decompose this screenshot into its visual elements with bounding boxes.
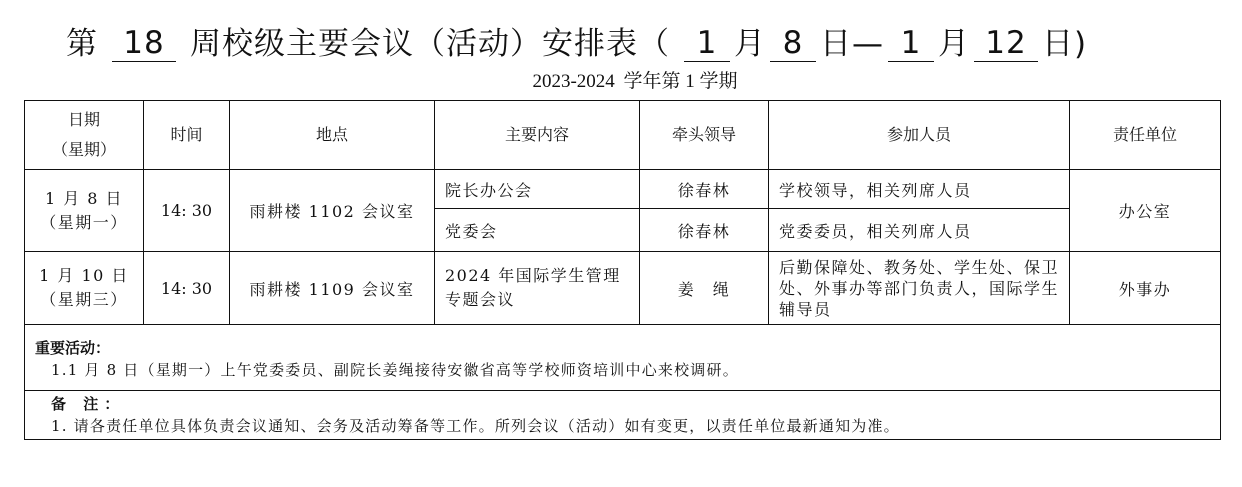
leader-cell: 徐春林 (640, 209, 769, 252)
week-number: 18 (112, 25, 176, 62)
content-cell: 2024 年国际学生管理专题会议 (435, 252, 640, 325)
semester-subtitle: 2023-2024 学年第 1 学期 (0, 66, 1242, 93)
academic-year: 2023-2024 (532, 71, 614, 92)
notes-heading: 备 注： (35, 393, 1210, 415)
start-day: 8 (770, 25, 816, 62)
location-cell: 雨耕楼 1109 会议室 (230, 252, 435, 325)
time-cell: 14: 30 (144, 170, 230, 252)
header-unit: 责任单位 (1070, 101, 1221, 170)
unit-cell: 外事办 (1070, 252, 1221, 325)
title-prefix: 第 (66, 26, 98, 62)
content-cell: 院长办公会 (435, 170, 640, 209)
schedule-table: 日期 （星期） 时间 地点 主要内容 牵头领导 参加人员 责任单位 1 月 8 … (24, 100, 1221, 440)
header-weekday-label: （星期） (25, 135, 143, 165)
leader-cell: 姜 绳 (640, 252, 769, 325)
location-cell: 雨耕楼 1102 会议室 (230, 170, 435, 252)
time-cell: 14: 30 (144, 252, 230, 325)
start-month: 1 (684, 25, 730, 62)
header-content: 主要内容 (435, 101, 640, 170)
weekday-text: （星期一） (25, 211, 143, 235)
date-cell: 1 月 10 日 （星期三） (25, 252, 144, 325)
month-label: 月 (734, 26, 766, 62)
weekday-text: （星期三） (25, 288, 143, 312)
date-cell: 1 月 8 日 （星期一） (25, 170, 144, 252)
participants-cell: 后勤保障处、教务处、学生处、保卫处、外事办等部门负责人，国际学生辅导员 (769, 252, 1070, 325)
important-item: 1.1 月 8 日（星期一）上午党委委员、副院长姜绳接待安徽省高等学校师资培训中… (35, 359, 1210, 381)
page-title: 第 18 周校级主要会议（活动）安排表（ 1 月 8 日— 1 月 12 日) (66, 14, 1087, 62)
header-time: 时间 (144, 101, 230, 170)
end-month: 1 (888, 25, 934, 62)
table-row: 1 月 8 日 （星期一） 14: 30 雨耕楼 1102 会议室 院长办公会 … (25, 170, 1221, 209)
header-date: 日期 （星期） (25, 101, 144, 170)
important-heading: 重要活动： (35, 337, 1210, 359)
participants-cell: 党委委员，相关列席人员 (769, 209, 1070, 252)
participants-cell: 学校领导，相关列席人员 (769, 170, 1070, 209)
notes-section: 备 注： 1. 请各责任单位具体负责会议通知、会务及活动筹备等工作。所列会议（活… (25, 391, 1221, 440)
important-activities-row: 重要活动： 1.1 月 8 日（星期一）上午党委委员、副院长姜绳接待安徽省高等学… (25, 325, 1221, 391)
title-suffix: 日) (1042, 26, 1087, 62)
end-day: 12 (974, 25, 1038, 62)
header-date-label: 日期 (25, 105, 143, 135)
month-label: 月 (938, 26, 970, 62)
leader-cell: 徐春林 (640, 170, 769, 209)
title-middle: 周校级主要会议（活动）安排表（ (190, 26, 670, 62)
notes-item: 1. 请各责任单位具体负责会议通知、会务及活动筹备等工作。所列会议（活动）如有变… (35, 415, 1210, 437)
notes-row: 备 注： 1. 请各责任单位具体负责会议通知、会务及活动筹备等工作。所列会议（活… (25, 391, 1221, 440)
date-text: 1 月 8 日 (25, 187, 143, 211)
header-row: 日期 （星期） 时间 地点 主要内容 牵头领导 参加人员 责任单位 (25, 101, 1221, 170)
important-activities-section: 重要活动： 1.1 月 8 日（星期一）上午党委委员、副院长姜绳接待安徽省高等学… (25, 325, 1221, 391)
day-label: 日— (820, 26, 884, 62)
header-leader: 牵头领导 (640, 101, 769, 170)
semester-term: 学年第 1 学期 (624, 71, 738, 92)
content-cell: 党委会 (435, 209, 640, 252)
header-location: 地点 (230, 101, 435, 170)
header-participants: 参加人员 (769, 101, 1070, 170)
table-row: 1 月 10 日 （星期三） 14: 30 雨耕楼 1109 会议室 2024 … (25, 252, 1221, 325)
date-text: 1 月 10 日 (25, 264, 143, 288)
unit-cell: 办公室 (1070, 170, 1221, 252)
